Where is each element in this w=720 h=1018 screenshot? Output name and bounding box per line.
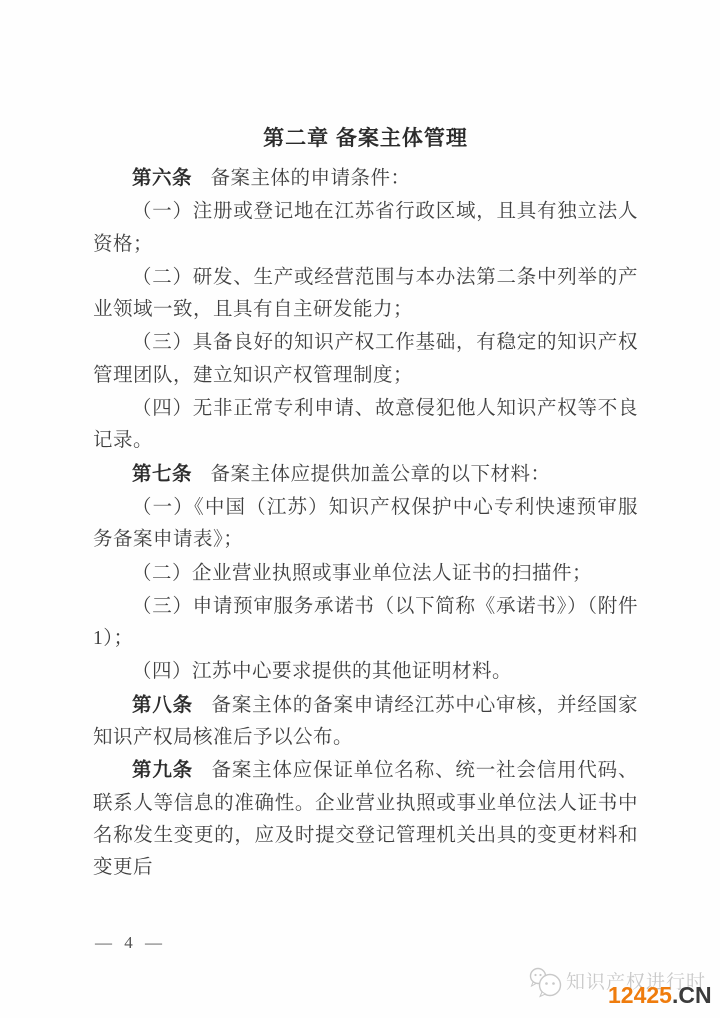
paragraph: 第八条备案主体的备案申请经江苏中心审核，并经国家知识产权局核准后予以公布。: [93, 689, 638, 755]
paragraph: （二）研发、生产或经营范围与本办法第二条中列举的产业领域一致，且具有自主研发能力…: [93, 261, 638, 327]
paragraph-text: （二）研发、生产或经营范围与本办法第二条中列举的产业领域一致，且具有自主研发能力…: [93, 267, 638, 320]
paragraph: （四）无非正常专利申请、故意侵犯他人知识产权等不良记录。: [93, 392, 638, 458]
page-number: — 4 —: [95, 933, 166, 953]
document-page: 第二章 备案主体管理 第六条备案主体的申请条件： （一）注册或登记地在江苏省行政…: [0, 0, 720, 1018]
chapter-title: 第二章 备案主体管理: [93, 124, 638, 154]
text-block: 第二章 备案主体管理 第六条备案主体的申请条件： （一）注册或登记地在江苏省行政…: [93, 124, 638, 885]
paragraph: 第七条备案主体应提供加盖公章的以下材料：: [93, 458, 638, 491]
article-number: 第八条: [132, 694, 193, 716]
paragraph-text: （一）《中国（江苏）知识产权保护中心专利快速预审服务备案申请表》；: [93, 497, 638, 550]
paragraph: （一）注册或登记地在江苏省行政区域，且具有独立法人资格；: [93, 195, 638, 261]
paragraph-text: 备案主体应提供加盖公章的以下材料：: [211, 464, 551, 485]
paragraph: 第六条备案主体的申请条件：: [93, 162, 638, 195]
paragraph: （二）企业营业执照或事业单位法人证书的扫描件；: [93, 557, 638, 590]
paragraph-text: （四）无非正常专利申请、故意侵犯他人知识产权等不良记录。: [93, 398, 638, 451]
article-number: 第七条: [132, 463, 192, 485]
wechat-icon: [528, 966, 564, 1003]
watermark: 知识产权进行时 12425.CN: [528, 960, 720, 1016]
paragraph-text: （三）申请预审服务承诺书（以下简称《承诺书》）（附件1）；: [93, 596, 638, 649]
article-number: 第九条: [132, 759, 193, 781]
paragraph: （三）申请预审服务承诺书（以下简称《承诺书》）（附件1）；: [93, 590, 638, 656]
paragraph-text: （一）注册或登记地在江苏省行政区域，且具有独立法人资格；: [93, 201, 638, 254]
watermark-site-tld: .CN: [672, 982, 712, 1008]
paragraph-text: （四）江苏中心要求提供的其他证明材料。: [132, 661, 512, 682]
paragraph: （四）江苏中心要求提供的其他证明材料。: [93, 655, 638, 688]
paragraph: （三）具备良好的知识产权工作基础，有稳定的知识产权管理团队，建立知识产权管理制度…: [93, 326, 638, 392]
paragraph-text: （三）具备良好的知识产权工作基础，有稳定的知识产权管理团队，建立知识产权管理制度…: [93, 332, 638, 385]
paragraph-text: （二）企业营业执照或事业单位法人证书的扫描件；: [132, 563, 592, 584]
article-number: 第六条: [132, 167, 192, 189]
paragraph: 第九条备案主体应保证单位名称、统一社会信用代码、联系人等信息的准确性。企业营业执…: [93, 754, 638, 884]
paragraph-text: 备案主体的申请条件：: [211, 168, 411, 189]
paragraph: （一）《中国（江苏）知识产权保护中心专利快速预审服务备案申请表》；: [93, 491, 638, 557]
watermark-site-text: 12425.CN: [608, 982, 712, 1009]
watermark-site-number: 12425: [608, 982, 672, 1008]
